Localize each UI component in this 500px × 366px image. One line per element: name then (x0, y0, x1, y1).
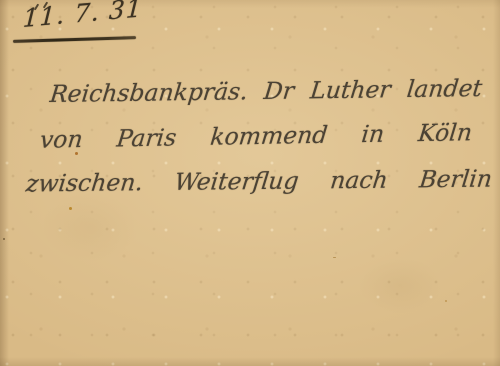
paper-speck (445, 300, 447, 302)
paper-speck (3, 238, 5, 240)
note-date: 11. 7. 31 (22, 0, 143, 33)
handwriting-line-2: von Paris kommend in Köln (38, 117, 473, 156)
note-card: 11. 7. 31 Reichsbankpräs. Dr Luther land… (0, 0, 500, 366)
paper-speck (75, 152, 78, 155)
paper-speck (333, 257, 336, 258)
date-underline (13, 36, 136, 42)
paper-speck (69, 207, 72, 210)
handwriting-line-3: zwischen. Weiterflug nach Berlin (24, 164, 494, 201)
handwriting-line-1: Reichsbankpräs. Dr Luther landet (48, 73, 483, 111)
